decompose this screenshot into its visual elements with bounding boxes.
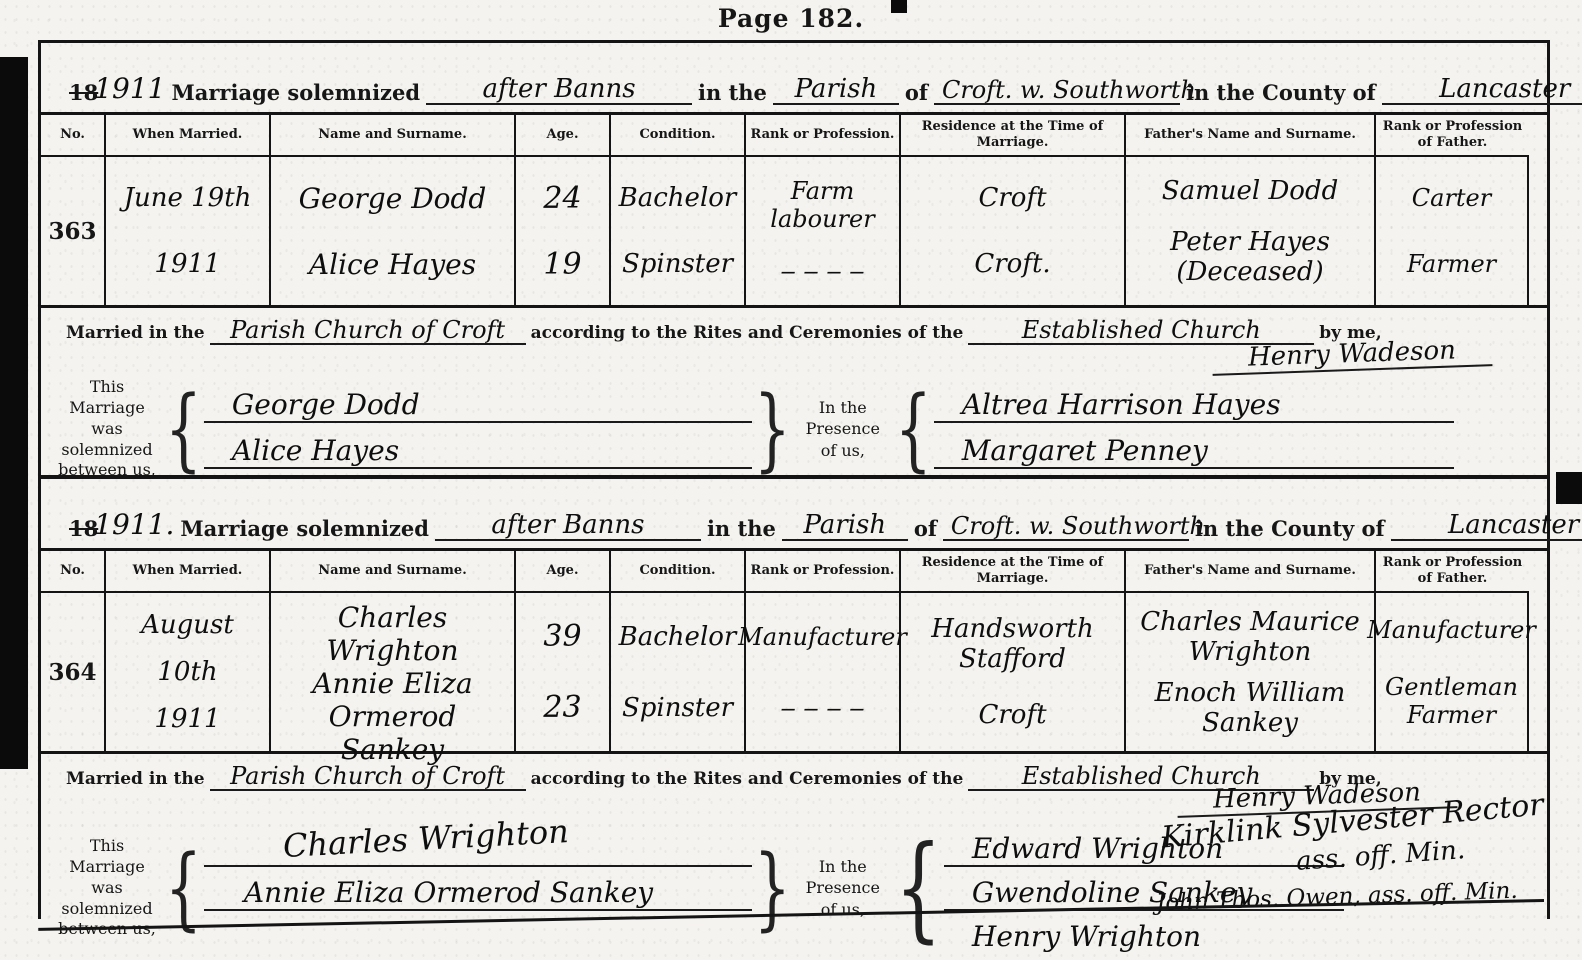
groom-age: 24	[543, 181, 581, 216]
parish-name: Croft. w. Southworth	[943, 514, 1189, 541]
groom-father: Samuel Dodd	[1162, 176, 1338, 206]
col-header-age: Age.	[516, 551, 611, 593]
marriage-date-line3: 1911	[154, 704, 220, 734]
names-cell: Charles Wrighton Annie Eliza Ormerod San…	[271, 593, 516, 751]
fathers-cell: Samuel Dodd Peter Hayes (Deceased)	[1126, 157, 1376, 305]
solemnized-label-l2: was	[91, 878, 122, 897]
residences-cell: Croft Croft.	[901, 157, 1126, 305]
groom-condition: Bachelor	[619, 183, 737, 213]
professions-cell: Farm labourer ‒ ‒ ‒ ‒	[746, 157, 901, 305]
married-in-label: Married in the	[66, 769, 205, 789]
certificate-heading: 181911 Marriage solemnized after Banns i…	[41, 43, 1547, 112]
solemnized-label-l3: solemnized	[61, 899, 152, 918]
brace: {	[163, 843, 204, 933]
officiant-band: Henry Wadeson	[41, 345, 1547, 375]
marriage-date-line1: August	[141, 610, 234, 640]
bride-name: Alice Hayes	[309, 248, 476, 281]
page-number: Page 182.	[0, 4, 1582, 33]
county-name: Lancaster	[1382, 76, 1582, 105]
witness-signature-2: Margaret Penney	[962, 434, 1208, 467]
spouse-signatures: Charles Wrighton Annie Eliza Ormerod San…	[204, 823, 752, 953]
col-header-no: No.	[41, 551, 106, 593]
col-header-father-profession: Rank or Profession of Father.	[1376, 551, 1529, 593]
col-header-no: No.	[41, 115, 106, 157]
groom-father-profession: Manufacturer	[1367, 616, 1536, 644]
col-header-condition: Condition.	[611, 551, 746, 593]
in-the-label: in the	[698, 80, 767, 105]
groom-name: Charles Wrighton	[275, 601, 510, 667]
bride-age: 19	[543, 247, 581, 282]
presence-label-l1: In the	[819, 398, 867, 417]
col-header-profession: Rank or Profession.	[746, 551, 901, 593]
col-header-when-married: When Married.	[106, 551, 271, 593]
when-married-cell: June 19th 1911	[106, 157, 271, 305]
col-header-residence: Residence at the Time of Marriage.	[901, 551, 1126, 593]
brace: {	[893, 831, 944, 946]
col-header-name: Name and Surname.	[271, 551, 516, 593]
heading-label: Marriage solemnized	[172, 80, 421, 105]
heading-label: Marriage solemnized	[180, 516, 429, 541]
solemnized-section: This Marriage was solemnized between us,…	[41, 375, 1547, 481]
register-table: No. When Married. Name and Surname. Age.…	[41, 548, 1547, 754]
col-header-residence: Residence at the Time of Marriage.	[901, 115, 1126, 157]
solemnized-label-l2: was	[91, 419, 122, 438]
ages-cell: 39 23	[516, 593, 611, 751]
marriage-date-line1: June 19th	[124, 183, 252, 213]
conditions-cell: Bachelor Spinster	[611, 157, 746, 305]
marriage-method: after Banns	[435, 512, 701, 541]
groom-residence: Croft	[978, 183, 1046, 213]
bride-name: Annie Eliza Ormerod Sankey	[275, 667, 510, 766]
register-table: No. When Married. Name and Surname. Age.…	[41, 112, 1547, 308]
witness-signature-3: Henry Wrighton	[972, 920, 1201, 953]
spouse-signatures: George Dodd Alice Hayes	[204, 377, 752, 481]
parish-word: Parish	[782, 512, 908, 541]
bride-profession: ‒ ‒ ‒ ‒	[781, 694, 865, 722]
col-header-condition: Condition.	[611, 115, 746, 157]
bride-condition: Spinster	[622, 693, 733, 723]
in-the-label: in the	[707, 516, 776, 541]
bride-signature: Annie Eliza Ormerod Sankey	[244, 876, 653, 909]
bride-residence: Croft	[978, 700, 1046, 730]
county-of-label: in the County of	[1195, 516, 1385, 541]
church-name: Parish Church of Croft	[210, 764, 526, 791]
presence-label-l1: In the	[819, 857, 867, 876]
names-cell: George Dodd Alice Hayes	[271, 157, 516, 305]
according-label: according to the Rites and Ceremonies of…	[531, 769, 964, 789]
presence-label-l3: of us,	[821, 441, 865, 460]
of-label: of	[905, 80, 928, 105]
solemnized-label-l3: solemnized	[61, 440, 152, 459]
bride-residence: Croft.	[974, 249, 1050, 279]
bride-profession: ‒ ‒ ‒ ‒	[781, 257, 865, 285]
county-of-label: in the County of	[1186, 80, 1376, 105]
solemnized-label: This Marriage was solemnized between us,	[51, 377, 163, 481]
county-name: Lancaster	[1391, 512, 1582, 541]
bride-father: Peter Hayes (Deceased)	[1130, 227, 1370, 287]
presence-label: In the Presence of us,	[793, 397, 893, 462]
conditions-cell: Bachelor Spinster	[611, 593, 746, 751]
bride-condition: Spinster	[622, 249, 733, 279]
handwritten-year: 1911	[94, 72, 165, 105]
bride-signature: Alice Hayes	[232, 434, 399, 467]
solemnized-label-l1: This Marriage	[69, 836, 145, 876]
handwritten-year: 1911.	[94, 508, 174, 541]
groom-name: George Dodd	[299, 182, 487, 215]
col-header-name: Name and Surname.	[271, 115, 516, 157]
groom-father: Charles Maurice Wrighton	[1130, 607, 1370, 667]
bride-father: Enoch William Sankey	[1130, 678, 1370, 738]
brace: {	[163, 384, 204, 474]
marriage-date-line2: 1911	[154, 249, 220, 279]
when-married-cell: August 10th 1911	[106, 593, 271, 751]
col-header-age: Age.	[516, 115, 611, 157]
ages-cell: 24 19	[516, 157, 611, 305]
solemnized-label-l1: This Marriage	[69, 377, 145, 417]
of-label: of	[914, 516, 937, 541]
brace: {	[893, 384, 934, 474]
col-header-father: Father's Name and Surname.	[1126, 115, 1376, 157]
groom-father-profession: Carter	[1412, 184, 1491, 212]
col-header-father: Father's Name and Surname.	[1126, 551, 1376, 593]
professions-cell: Manufacturer ‒ ‒ ‒ ‒	[746, 593, 901, 751]
presence-label-l2: Presence	[806, 878, 880, 897]
brace: }	[752, 843, 793, 933]
marriage-certificate-364: 181911. Marriage solemnized after Banns …	[38, 476, 1550, 919]
presence-label-l2: Presence	[806, 419, 880, 438]
entry-number: 364	[41, 593, 106, 751]
certificate-heading: 181911. Marriage solemnized after Banns …	[41, 479, 1547, 548]
col-header-when-married: When Married.	[106, 115, 271, 157]
bride-age: 23	[543, 690, 581, 725]
parish-name: Croft. w. Southworth	[934, 78, 1180, 105]
witness-signatures: Altrea Harrison Hayes Margaret Penney	[934, 377, 1454, 481]
scan-artifact-right-mark	[1556, 472, 1582, 504]
bride-father-profession: Gentleman Farmer	[1380, 673, 1523, 729]
parish-word: Parish	[773, 76, 899, 105]
according-label: according to the Rites and Ceremonies of…	[531, 323, 964, 343]
groom-profession: Manufacturer	[738, 623, 907, 651]
solemnized-label: This Marriage was solemnized between us,	[51, 836, 163, 940]
married-in-label: Married in the	[66, 323, 205, 343]
marriage-method: after Banns	[426, 76, 692, 105]
marriage-date-line2: 10th	[157, 657, 217, 687]
witness-signature-1: Altrea Harrison Hayes	[962, 388, 1281, 421]
presence-label-l3: of us,	[821, 900, 865, 919]
residences-cell: Handsworth Stafford Croft	[901, 593, 1126, 751]
father-professions-cell: Carter Farmer	[1376, 157, 1529, 305]
groom-condition: Bachelor	[619, 622, 737, 652]
church-name: Parish Church of Croft	[210, 318, 526, 345]
groom-profession: Farm labourer	[750, 177, 895, 233]
brace: }	[752, 384, 793, 474]
col-header-profession: Rank or Profession.	[746, 115, 901, 157]
marriage-certificate-363: 181911 Marriage solemnized after Banns i…	[38, 40, 1550, 478]
groom-signature: George Dodd	[232, 388, 420, 421]
groom-residence: Handsworth Stafford	[905, 614, 1120, 674]
groom-age: 39	[543, 619, 581, 654]
father-professions-cell: Manufacturer Gentleman Farmer	[1376, 593, 1529, 751]
fathers-cell: Charles Maurice Wrighton Enoch William S…	[1126, 593, 1376, 751]
entry-number: 363	[41, 157, 106, 305]
col-header-father-profession: Rank or Profession of Father.	[1376, 115, 1529, 157]
scan-artifact-left-bar	[0, 57, 28, 769]
bride-father-profession: Farmer	[1407, 250, 1496, 278]
